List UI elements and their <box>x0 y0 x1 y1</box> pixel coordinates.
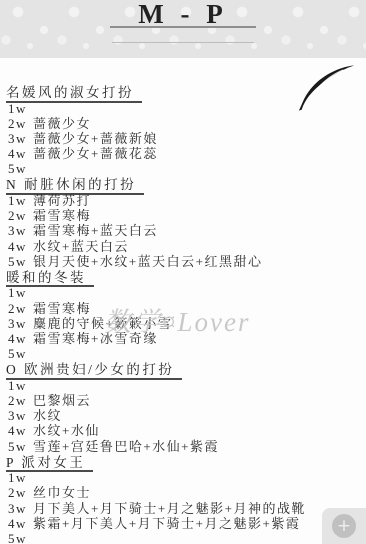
outfit-text: 霜雪寒梅 <box>33 301 91 316</box>
outfit-text: 蔷薇少女+蔷薇新娘 <box>33 131 158 146</box>
section-header: N 耐脏休闲的打扮 <box>8 176 360 193</box>
tier-row: 2w巴黎烟云 <box>8 393 360 408</box>
tier-row: 4w水纹+蓝天白云 <box>8 239 360 254</box>
outfit-text: 蔷薇少女 <box>33 116 91 131</box>
tier-label: 1w <box>8 193 33 208</box>
tier-label: 3w <box>8 501 33 516</box>
tier-row: 2w丝巾女士 <box>8 485 360 500</box>
tier-label: 5w <box>8 161 33 176</box>
floating-plus-button[interactable]: + <box>322 508 366 544</box>
outfit-text: 巴黎烟云 <box>33 393 91 408</box>
tier-row: 5w银月天使+水纹+蓝天白云+红黑甜心 <box>8 254 360 269</box>
tier-label: 3w <box>8 408 33 423</box>
tier-label: 1w <box>8 470 33 485</box>
tier-label: 1w <box>8 101 33 116</box>
title-block: M - P <box>0 1 366 43</box>
page-title: M - P <box>138 1 227 28</box>
outfit-text: 月下美人+月下骑士+月之魅影+月神的战靴 <box>33 501 306 516</box>
tier-label: 5w <box>8 254 33 269</box>
outfit-text: 霜雪寒梅 <box>33 208 91 223</box>
tier-row: 3w水纹 <box>8 408 360 423</box>
tier-label: 5w <box>8 531 33 544</box>
tier-label: 2w <box>8 485 33 500</box>
tier-row: 3w麋鹿的守候+簌簌小雪 <box>8 316 360 331</box>
tier-row: 3w月下美人+月下骑士+月之魅影+月神的战靴 <box>8 501 360 516</box>
outfit-text: 水纹+蓝天白云 <box>33 239 129 254</box>
tier-label: 3w <box>8 316 33 331</box>
tier-row: 4w水纹+水仙 <box>8 423 360 438</box>
quill-feather-icon <box>298 64 356 112</box>
tier-label: 4w <box>8 146 33 161</box>
outfit-text: 薄荷苏打 <box>33 193 91 208</box>
outfit-text: 丝巾女士 <box>33 485 91 500</box>
title-underline-secondary <box>112 42 254 43</box>
lace-header-band: M - P <box>0 0 366 58</box>
outfit-text: 水纹+水仙 <box>33 423 100 438</box>
tier-label: 4w <box>8 516 33 531</box>
tier-row: 2w霜雪寒梅 <box>8 208 360 223</box>
outfit-text: 雪莲+宫廷鲁巴哈+水仙+紫霞 <box>33 439 219 454</box>
tier-row: 4w霜雪寒梅+冰雪奇缘 <box>8 331 360 346</box>
section-header: 暖和的冬装 <box>8 269 360 286</box>
tier-row: 2w蔷薇少女 <box>8 116 360 131</box>
tier-label: 1w <box>8 378 33 393</box>
tier-label: 5w <box>8 346 33 361</box>
tier-row: 3w蔷薇少女+蔷薇新娘 <box>8 131 360 146</box>
tier-row: 1w <box>8 285 360 300</box>
tier-label: 2w <box>8 208 33 223</box>
tier-row: 1w薄荷苏打 <box>8 193 360 208</box>
content-area: 数学¤Lover 名媛风的淑女打扮 1w 2w蔷薇少女 3w蔷薇少女+蔷薇新娘 … <box>0 58 366 544</box>
tier-row: 2w霜雪寒梅 <box>8 301 360 316</box>
tier-label: 1w <box>8 285 33 300</box>
outfit-text: 蔷薇少女+蔷薇花蕊 <box>33 146 158 161</box>
tier-row: 5w雪莲+宫廷鲁巴哈+水仙+紫霞 <box>8 439 360 454</box>
tier-row: 1w <box>8 378 360 393</box>
outfit-text: 霜雪寒梅+冰雪奇缘 <box>33 331 158 346</box>
tier-row: 4w蔷薇少女+蔷薇花蕊 <box>8 146 360 161</box>
tier-row: 5w <box>8 161 360 176</box>
outfit-text: 紫霜+月下美人+月下骑士+月之魅影+紫霞 <box>33 516 300 531</box>
section-header: P 派对女王 <box>8 454 360 471</box>
tier-row: 5w <box>8 346 360 361</box>
section-header: O 欧洲贵妇/少女的打扮 <box>8 361 360 378</box>
tier-row: 5w <box>8 531 360 544</box>
outfit-text: 麋鹿的守候+簌簌小雪 <box>33 316 172 331</box>
tier-label: 3w <box>8 131 33 146</box>
tier-row: 1w <box>8 470 360 485</box>
plus-icon: + <box>332 514 356 538</box>
tier-label: 4w <box>8 423 33 438</box>
tier-label: 4w <box>8 331 33 346</box>
tier-label: 5w <box>8 439 33 454</box>
outfit-text: 银月天使+水纹+蓝天白云+红黑甜心 <box>33 254 263 269</box>
tier-label: 2w <box>8 301 33 316</box>
page: M - P 数学¤Lover 名媛风的淑女打扮 1w 2w蔷薇少女 3w蔷薇少女… <box>0 0 366 544</box>
tier-label: 3w <box>8 223 33 238</box>
tier-label: 2w <box>8 393 33 408</box>
tier-row: 4w紫霜+月下美人+月下骑士+月之魅影+紫霞 <box>8 516 360 531</box>
tier-label: 2w <box>8 116 33 131</box>
tier-label: 4w <box>8 239 33 254</box>
outfit-text: 水纹 <box>33 408 62 423</box>
tier-row: 3w霜雪寒梅+蓝天白云 <box>8 223 360 238</box>
outfit-text: 霜雪寒梅+蓝天白云 <box>33 223 158 238</box>
